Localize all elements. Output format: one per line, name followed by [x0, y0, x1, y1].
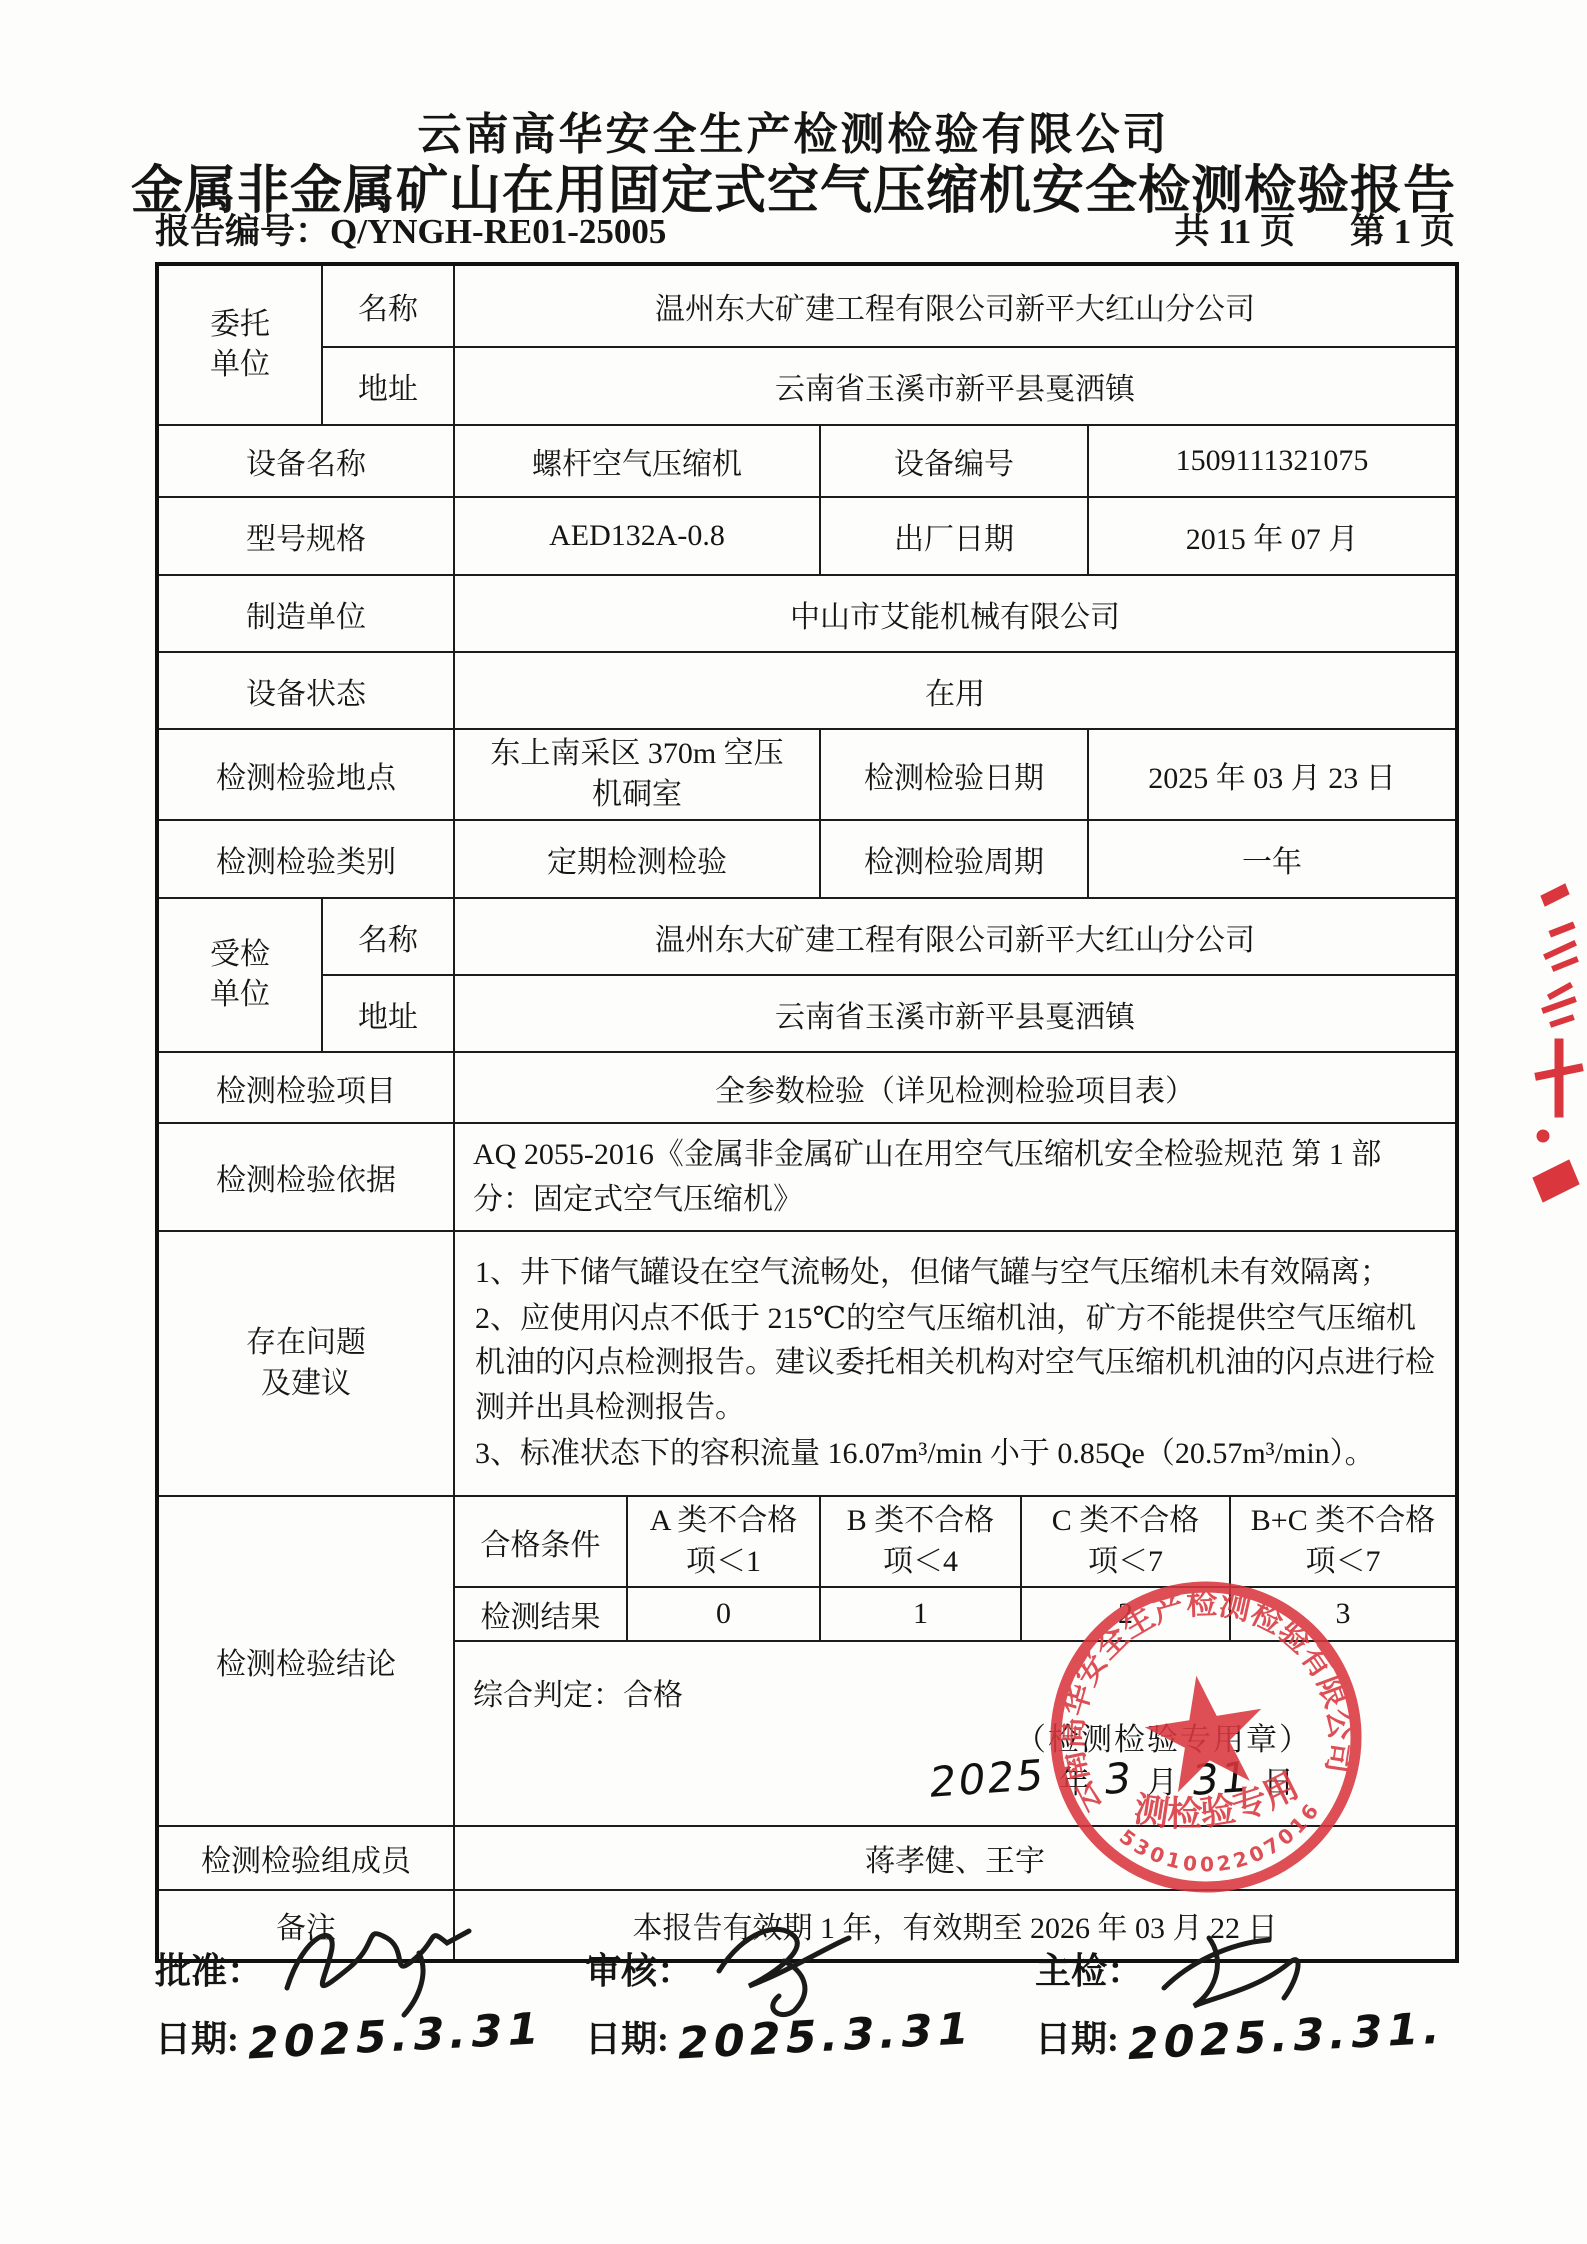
result-c: 2 — [1021, 1587, 1230, 1641]
inspected-name-label: 名称 — [322, 898, 454, 975]
basis-label: 检测检验依据 — [157, 1123, 454, 1231]
chief-label: 主检： — [1035, 1943, 1143, 1994]
device-maker-value: 中山市艾能机械有限公司 — [454, 575, 1457, 652]
judgement-value: 合格 — [623, 1679, 683, 1712]
row-device-status: 设备状态 在用 — [157, 652, 1457, 729]
chief-block: 主检： 日期: 2025.3.31. — [1035, 1925, 1443, 2091]
inspection-category-value: 定期检测检验 — [454, 820, 820, 898]
review-label: 审核： — [585, 1943, 693, 1994]
conclusion-date-month: 3 — [1101, 1753, 1135, 1804]
result-label: 检测结果 — [454, 1587, 627, 1641]
client-name-value: 温州东大矿建工程有限公司新平大红山分公司 — [454, 264, 1457, 347]
problems-label: 存在问题 及建议 — [157, 1231, 454, 1496]
row-device-maker: 制造单位 中山市艾能机械有限公司 — [157, 575, 1457, 652]
inspection-cycle-label: 检测检验周期 — [820, 820, 1088, 898]
chief-date-label: 日期: — [1035, 2011, 1119, 2062]
page-indicator: 共 11 页第 1 页 — [1119, 204, 1455, 254]
signoff-area: 批准： 日期: 2025.3.31 审核： 日期: 2025.3.31 — [155, 1925, 1465, 2125]
inspection-category-label: 检测检验类别 — [157, 820, 454, 898]
inspection-place-value: 东上南采区 370m 空压 机硐室 — [454, 729, 820, 820]
row-conclusion-criteria: 检测检验结论 合格条件 A 类不合格 项＜1 B 类不合格 项＜4 C 类不合格… — [157, 1496, 1457, 1587]
report-page: 云南高华安全生产检测检验有限公司 金属非金属矿山在用固定式空气压缩机安全检测检验… — [0, 0, 1587, 2244]
criteria-b: B 类不合格 项＜4 — [820, 1496, 1021, 1587]
conclusion-date-day: 31 — [1189, 1752, 1252, 1805]
year-unit: 年 — [1059, 1757, 1090, 1802]
row-client-name: 委托 单位 名称 温州东大矿建工程有限公司新平大红山分公司 — [157, 264, 1457, 347]
criteria-a: A 类不合格 项＜1 — [627, 1496, 820, 1587]
row-inspection-category: 检测检验类别 定期检测检验 检测检验周期 一年 — [157, 820, 1457, 898]
client-address-value: 云南省玉溪市新平县戛洒镇 — [454, 347, 1457, 425]
problem-item-1: 1、井下储气罐设在空气流畅处，但储气罐与空气压缩机未有效隔离； — [475, 1251, 1435, 1295]
problem-item-2: 2、应使用闪点不低于 215℃的空气压缩机油，矿方不能提供空气压缩机机油的闪点检… — [475, 1297, 1435, 1430]
seal-note: （检测检验专用章） — [1015, 1714, 1312, 1759]
row-basis: 检测检验依据 AQ 2055-2016《金属非金属矿山在用空气压缩机安全检验规范… — [157, 1123, 1457, 1231]
basis-value: AQ 2055-2016《金属非金属矿山在用空气压缩机安全检验规范 第 1 部分… — [454, 1123, 1457, 1231]
review-date-label: 日期: — [585, 2011, 669, 2062]
row-team: 检测检验组成员 蒋孝健、王宇 — [157, 1826, 1457, 1890]
edge-stamp-svg — [1503, 878, 1587, 1268]
device-name-value: 螺杆空气压缩机 — [454, 425, 820, 497]
problem-item-3: 3、标准状态下的容积流量 16.07m³/min 小于 0.85Qe（20.57… — [475, 1432, 1435, 1476]
team-value: 蒋孝健、王宇 — [454, 1826, 1457, 1890]
team-label: 检测检验组成员 — [157, 1826, 454, 1890]
judgement-cell: 综合判定：合格 （检测检验专用章） 2025 年 3 月 31 日 — [454, 1641, 1457, 1826]
inspection-place-label: 检测检验地点 — [157, 729, 454, 820]
judgement-line: 综合判定：合格 — [473, 1670, 683, 1714]
row-device-model: 型号规格 AED132A-0.8 出厂日期 2015 年 07 月 — [157, 497, 1457, 575]
result-b: 1 — [820, 1587, 1021, 1641]
day-unit: 日 — [1263, 1757, 1294, 1802]
result-a: 0 — [627, 1587, 820, 1641]
device-mfg-date-value: 2015 年 07 月 — [1088, 497, 1457, 575]
device-no-label: 设备编号 — [820, 425, 1088, 497]
chief-signature — [1149, 1918, 1319, 2018]
inspection-date-value: 2025 年 03 月 23 日 — [1088, 729, 1457, 820]
device-no-value: 1509111321075 — [1088, 425, 1457, 497]
inspected-address-value: 云南省玉溪市新平县戛洒镇 — [454, 975, 1457, 1052]
device-status-value: 在用 — [454, 652, 1457, 729]
criteria-label: 合格条件 — [454, 1496, 627, 1587]
report-number-label: 报告编号： — [155, 212, 330, 251]
items-value: 全参数检验（详见检测检验项目表） — [454, 1052, 1457, 1123]
pages-total: 共 11 页 — [1174, 212, 1295, 251]
conclusion-date-year: 2025 — [927, 1750, 1048, 1807]
row-inspected-address: 地址 云南省玉溪市新平县戛洒镇 — [157, 975, 1457, 1052]
row-inspected-name: 受检 单位 名称 温州东大矿建工程有限公司新平大红山分公司 — [157, 898, 1457, 975]
review-block: 审核： 日期: 2025.3.31 — [585, 1925, 972, 2091]
criteria-c: C 类不合格 项＜7 — [1021, 1496, 1230, 1587]
items-label: 检测检验项目 — [157, 1052, 454, 1123]
criteria-bc: B+C 类不合格 项＜7 — [1230, 1496, 1457, 1587]
page-edge-stamp-fragment — [1503, 878, 1587, 1268]
client-group-label: 委托 单位 — [157, 264, 322, 425]
problems-value: 1、井下储气罐设在空气流畅处，但储气罐与空气压缩机未有效隔离； 2、应使用闪点不… — [454, 1231, 1457, 1496]
device-mfg-date-label: 出厂日期 — [820, 497, 1088, 575]
report-meta-line: 报告编号：Q/YNGH-RE01-25005 共 11 页第 1 页 — [155, 212, 1455, 254]
page-current: 第 1 页 — [1350, 212, 1455, 251]
approve-date-label: 日期: — [155, 2011, 239, 2062]
report-number: 报告编号：Q/YNGH-RE01-25005 — [155, 204, 666, 254]
inspection-cycle-value: 一年 — [1088, 820, 1457, 898]
report-table: 委托 单位 名称 温州东大矿建工程有限公司新平大红山分公司 地址 云南省玉溪市新… — [155, 262, 1459, 1963]
device-name-label: 设备名称 — [157, 425, 454, 497]
month-unit: 月 — [1147, 1757, 1178, 1802]
conclusion-label: 检测检验结论 — [157, 1496, 454, 1826]
row-device-name: 设备名称 螺杆空气压缩机 设备编号 1509111321075 — [157, 425, 1457, 497]
row-inspection-place: 检测检验地点 东上南采区 370m 空压 机硐室 检测检验日期 2025 年 0… — [157, 729, 1457, 820]
judgement-label: 综合判定： — [473, 1679, 623, 1712]
inspected-address-label: 地址 — [322, 975, 454, 1052]
inspected-name-value: 温州东大矿建工程有限公司新平大红山分公司 — [454, 898, 1457, 975]
device-status-label: 设备状态 — [157, 652, 454, 729]
device-model-value: AED132A-0.8 — [454, 497, 820, 575]
row-items: 检测检验项目 全参数检验（详见检测检验项目表） — [157, 1052, 1457, 1123]
result-bc: 3 — [1230, 1587, 1457, 1641]
row-client-address: 地址 云南省玉溪市新平县戛洒镇 — [157, 347, 1457, 425]
approve-block: 批准： 日期: 2025.3.31 — [155, 1925, 542, 2091]
device-maker-label: 制造单位 — [157, 575, 454, 652]
approve-label: 批准： — [155, 1943, 263, 1994]
row-problems: 存在问题 及建议 1、井下储气罐设在空气流畅处，但储气罐与空气压缩机未有效隔离；… — [157, 1231, 1457, 1496]
inspected-group-label: 受检 单位 — [157, 898, 322, 1052]
inspection-date-label: 检测检验日期 — [820, 729, 1088, 820]
conclusion-date: 2025 年 3 月 31 日 — [930, 1754, 1308, 1803]
client-name-label: 名称 — [322, 264, 454, 347]
review-signature — [699, 1916, 879, 2021]
approve-signature — [269, 1913, 499, 2023]
report-number-value: Q/YNGH-RE01-25005 — [330, 212, 666, 251]
client-address-label: 地址 — [322, 347, 454, 425]
device-model-label: 型号规格 — [157, 497, 454, 575]
